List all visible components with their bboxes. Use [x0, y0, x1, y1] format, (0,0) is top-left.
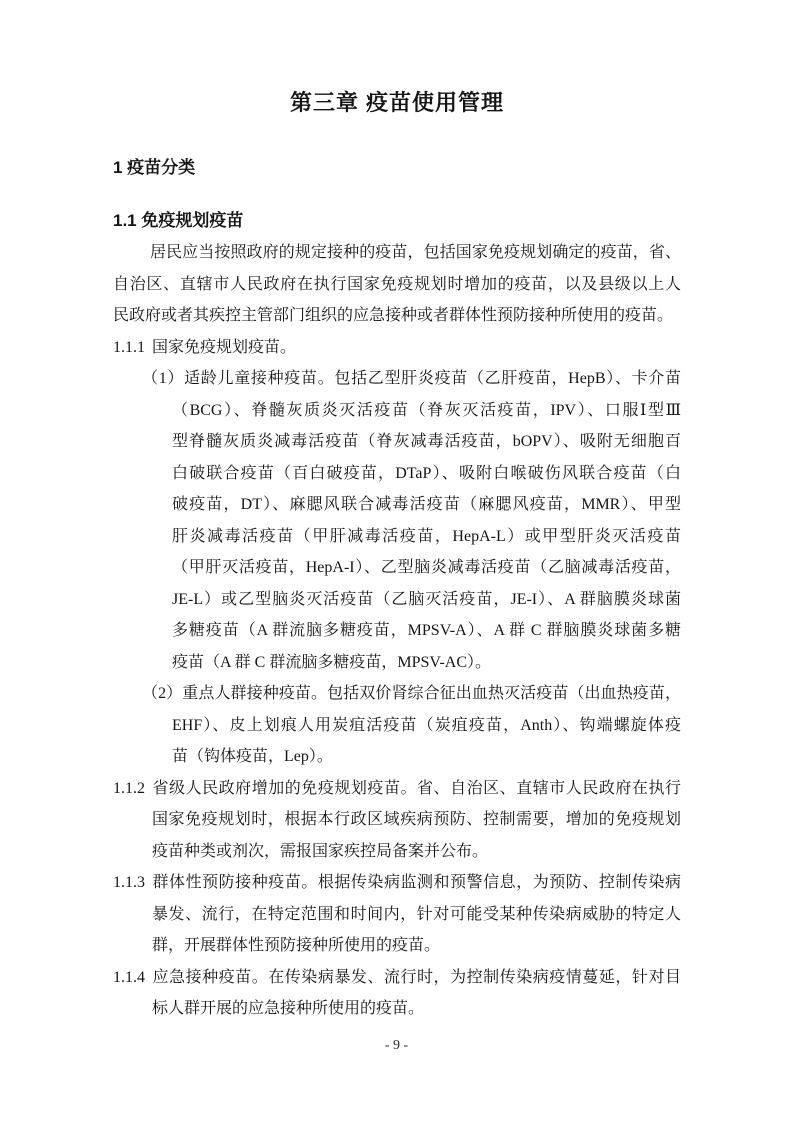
- text-line: 破疫苗，DT）、麻腮风联合减毒活疫苗（麻腮风疫苗，MMR）、甲型: [113, 489, 681, 521]
- item-marker: 1.1.2: [113, 780, 145, 797]
- item-marker: （1）: [142, 370, 184, 387]
- text-line: 居民应当按照政府的规定接种的疫苗，包括国家免疫规划确定的疫苗，省、: [113, 237, 681, 269]
- text-line: JE-L）或乙型脑炎灭活疫苗（乙脑灭活疫苗，JE-I）、A 群脑膜炎球菌: [113, 584, 681, 616]
- subsection-heading-immunization-program-vaccines: 1.1 免疫规划疫苗: [113, 211, 681, 231]
- text-line: 1.1.1国家免疫规划疫苗。: [113, 332, 681, 364]
- list-item-1-age-appropriate-children-vaccines: （1）适龄儿童接种疫苗。包括乙型肝炎疫苗（乙肝疫苗，HepB）、卡介苗（BCG）…: [113, 363, 681, 678]
- text-line: 肝炎减毒活疫苗（甲肝减毒活疫苗，HepA-L）或甲型肝炎灭活疫苗: [113, 521, 681, 553]
- clause-1-1-1-national-program-vaccines: 1.1.1国家免疫规划疫苗。: [113, 332, 681, 364]
- text-line: 暴发、流行，在特定范围和时间内，针对可能受某种传染病威胁的特定人: [113, 899, 681, 931]
- section-heading-vaccine-classification: 1 疫苗分类: [113, 158, 681, 178]
- list-item-2-key-population-vaccines: （2）重点人群接种疫苗。包括双价肾综合征出血热灭活疫苗（出血热疫苗，EHF）、皮…: [113, 678, 681, 773]
- clause-1-1-4-emergency-vaccination: 1.1.4应急接种疫苗。在传染病暴发、流行时，为控制传染病疫情蔓延，针对目标人群…: [113, 962, 681, 1025]
- document-body: 1 疫苗分类1.1 免疫规划疫苗居民应当按照政府的规定接种的疫苗，包括国家免疫规…: [113, 158, 681, 1025]
- text-line: 自治区、直辖市人民政府在执行国家免疫规划时增加的疫苗，以及县级以上人: [113, 269, 681, 301]
- text-line: 群，开展群体性预防接种所使用的疫苗。: [113, 930, 681, 962]
- page-number: - 9 -: [0, 1036, 793, 1056]
- text-line: （2）重点人群接种疫苗。包括双价肾综合征出血热灭活疫苗（出血热疫苗，: [113, 678, 681, 710]
- text-line: 疫苗（A 群 C 群流脑多糖疫苗，MPSV-AC）。: [113, 647, 681, 679]
- text-line: 多糖疫苗（A 群流脑多糖疫苗，MPSV-A）、A 群 C 群脑膜炎球菌多糖: [113, 615, 681, 647]
- page-content: 第三章 疫苗使用管理 1 疫苗分类1.1 免疫规划疫苗居民应当按照政府的规定接种…: [113, 0, 681, 1025]
- text-line: （BCG）、脊髓灰质炎灭活疫苗（脊灰灭活疫苗，IPV）、口服Ⅰ型Ⅲ: [113, 395, 681, 427]
- text-line: （甲肝灭活疫苗，HepA-I）、乙型脑炎减毒活疫苗（乙脑减毒活疫苗，: [113, 552, 681, 584]
- text-line: 疫苗种类或剂次，需报国家疾控局备案并公布。: [113, 836, 681, 868]
- item-marker: （2）: [142, 685, 182, 702]
- text-line: （1）适龄儿童接种疫苗。包括乙型肝炎疫苗（乙肝疫苗，HepB）、卡介苗: [113, 363, 681, 395]
- text-line: 民政府或者其疾控主管部门组织的应急接种或者群体性预防接种所使用的疫苗。: [113, 300, 681, 332]
- clause-1-1-3-mass-preventive-vaccination: 1.1.3群体性预防接种疫苗。根据传染病监测和预警信息，为预防、控制传染病暴发、…: [113, 867, 681, 962]
- text-line: 标人群开展的应急接种所使用的疫苗。: [113, 993, 681, 1025]
- item-marker: 1.1.1: [113, 339, 145, 356]
- item-marker: 1.1.3: [113, 874, 145, 891]
- chapter-title: 第三章 疫苗使用管理: [113, 89, 681, 117]
- text-line: 苗（钩体疫苗，Lep）。: [113, 741, 681, 773]
- text-line: EHF）、皮上划痕人用炭疽活疫苗（炭疽疫苗，Anth）、钩端螺旋体疫: [113, 710, 681, 742]
- text-line: 型脊髓灰质炎减毒活疫苗（脊灰减毒活疫苗，bOPV）、吸附无细胞百: [113, 426, 681, 458]
- text-line: 1.1.2省级人民政府增加的免疫规划疫苗。省、自治区、直辖市人民政府在执行: [113, 773, 681, 805]
- text-line: 1.1.3群体性预防接种疫苗。根据传染病监测和预警信息，为预防、控制传染病: [113, 867, 681, 899]
- paragraph-immunization-program-intro: 居民应当按照政府的规定接种的疫苗，包括国家免疫规划确定的疫苗，省、自治区、直辖市…: [113, 237, 681, 332]
- clause-1-1-2-provincial-added-vaccines: 1.1.2省级人民政府增加的免疫规划疫苗。省、自治区、直辖市人民政府在执行国家免…: [113, 773, 681, 868]
- document-page: 第三章 疫苗使用管理 1 疫苗分类1.1 免疫规划疫苗居民应当按照政府的规定接种…: [0, 0, 793, 1122]
- text-line: 白破联合疫苗（百白破疫苗，DTaP）、吸附白喉破伤风联合疫苗（白: [113, 458, 681, 490]
- item-marker: 1.1.4: [113, 969, 145, 986]
- text-line: 1.1.4应急接种疫苗。在传染病暴发、流行时，为控制传染病疫情蔓延，针对目: [113, 962, 681, 994]
- text-line: 国家免疫规划时，根据本行政区域疾病预防、控制需要，增加的免疫规划: [113, 804, 681, 836]
